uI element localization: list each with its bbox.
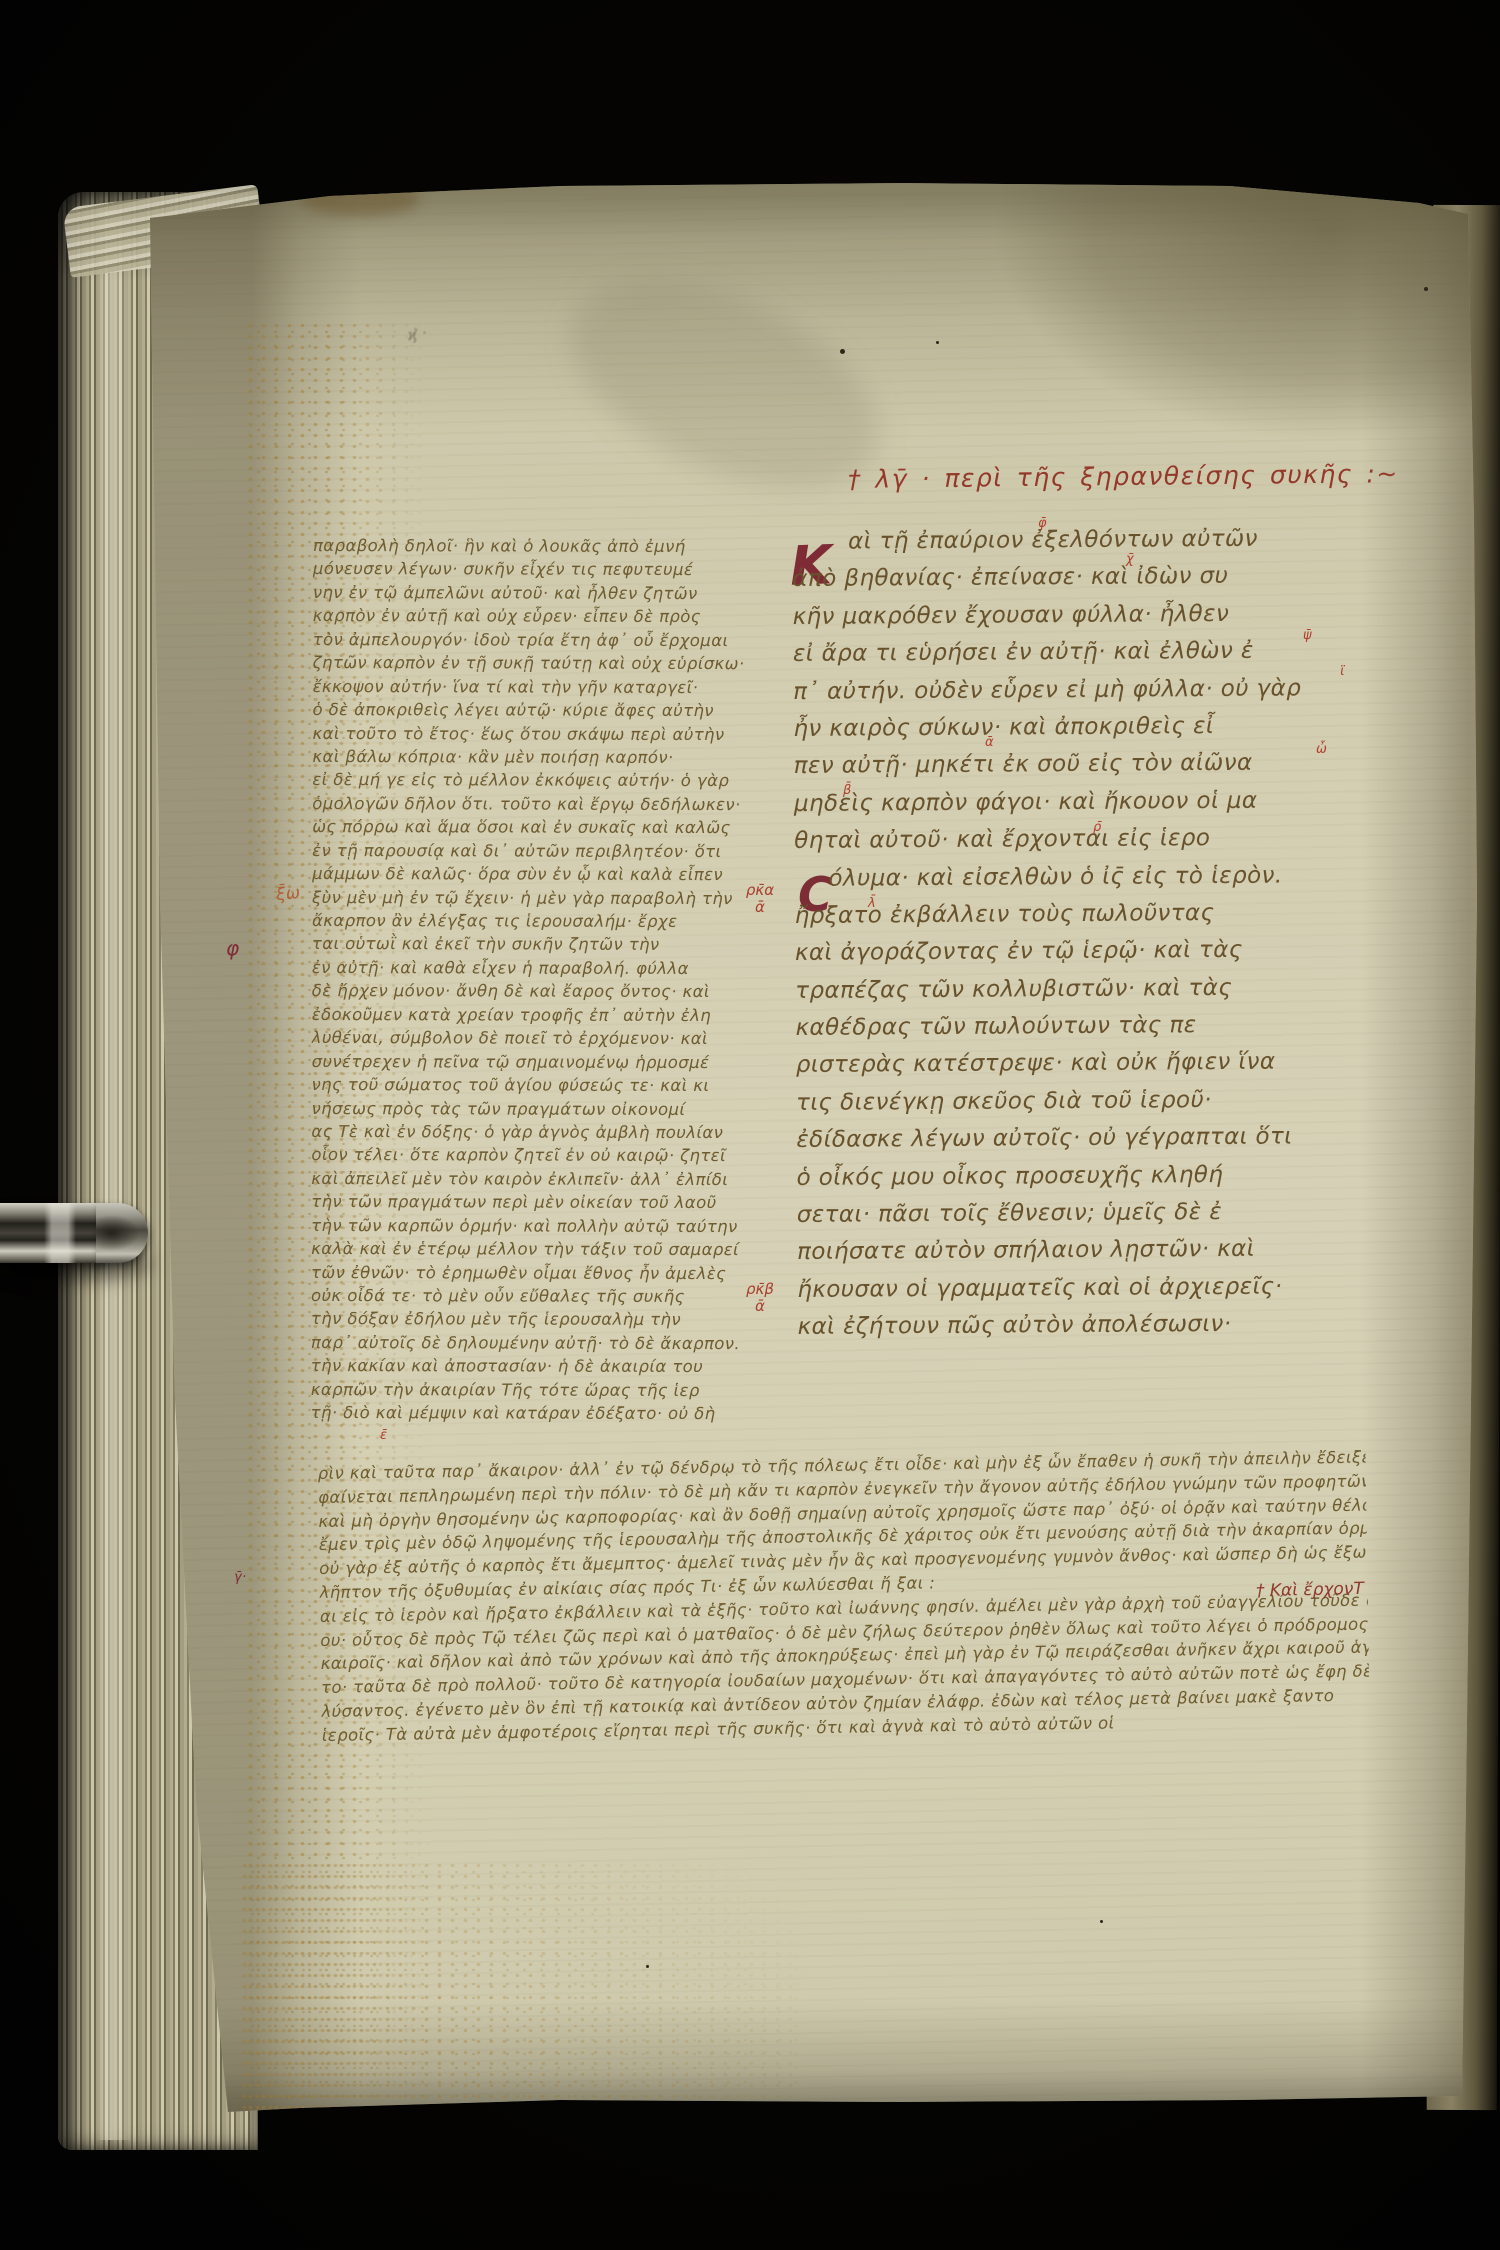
interlinear-mark: ρ̄ xyxy=(1093,820,1101,835)
commentary-line: ὁμολογῶν δῆλον ὅτι. τοῦτο καὶ ἔργῳ δεδήλ… xyxy=(312,792,786,817)
margin-mark-lower: γ̄· xyxy=(234,1570,247,1585)
gospel-text-line: σεται· πᾶσι τοῖς ἔθνεσιν; ὑμεῖς δὲ ἐ xyxy=(797,1193,1397,1235)
commentary-line: τὴν κακίαν καὶ ἀποστασίαν· ἡ δὲ ἀκαιρία … xyxy=(311,1354,785,1379)
gospel-text-line: καὶ ἀγοράζοντας ἐν τῷ ἱερῷ· καὶ τὰς xyxy=(795,931,1395,973)
gutter-highlight xyxy=(96,210,130,2140)
gospel-text-line: μηδεὶς καρπὸν φάγοι· καὶ ἤκουον οἱ μα xyxy=(794,782,1394,824)
gospel-text-line: τραπέζας τῶν κολλυβιστῶν· καὶ τὰς xyxy=(795,968,1395,1010)
commentary-line: ξὺν μὲν μὴ ἐν τῷ ἔχειν· ἡ μὲν γὰρ παραβο… xyxy=(312,886,786,911)
commentary-line: καρπὸν ἐν αὐτῇ καὶ οὐχ εὗρεν· εἶπεν δὲ π… xyxy=(313,604,787,629)
parchment-speckle-bottom xyxy=(238,1860,798,2110)
commentary-line: καὶ ἀπειλεῖ μὲν τὸν καιρὸν ἐκλιπεῖν· ἀλλ… xyxy=(311,1167,785,1192)
interlinear-mark: ϊ xyxy=(1340,664,1344,679)
interlinear-mark: ὦ xyxy=(1316,742,1327,757)
chapter-heading-rubric: † λγ̄ · περὶ τῆς ξηρανθείσης συκῆς :~ xyxy=(848,459,1399,494)
gospel-text-line: ἀπὸ βηθανίας· ἐπείνασε· καὶ ἰδὼν συ xyxy=(792,557,1392,599)
interlinear-mark: β̄ xyxy=(843,783,851,798)
ink-speck xyxy=(646,1965,649,1968)
ink-speck xyxy=(1424,287,1428,291)
interlinear-mark: λ̄ xyxy=(868,896,876,911)
commentary-line: δὲ ἤρχεν μόνον· ἄνθη δὲ καὶ ἔαρος ὄντος·… xyxy=(312,979,786,1004)
interlinear-mark: ψ̄ xyxy=(1303,628,1312,643)
commentary-line: μόνευσεν λέγων· συκῆν εἶχέν τις πεφυτευμ… xyxy=(313,557,787,582)
commentary-line: τὴν τῶν πραγμάτων περὶ μὲν οἰκείαν τοῦ λ… xyxy=(311,1190,785,1215)
commentary-line: τῶν ἐθνῶν· τὸ ἐρημωθὲν οἶμαι ἔθνος ἦν ἀμ… xyxy=(311,1261,785,1286)
commentary-line: παρ᾽ αὐτοῖς δὲ δηλουμένην αὐτῇ· τὸ δὲ ἄκ… xyxy=(311,1331,785,1356)
gospel-text-column: αὶ τῇ ἐπαύριον ἐξελθόντων αὐτῶνἀπὸ βηθαν… xyxy=(792,520,1398,1347)
gospel-text-line: ὁ οἶκός μου οἶκος προσευχῆς κληθή xyxy=(796,1155,1396,1197)
commentary-line: οὐκ οἶδά τε· τὸ μὲν οὖν εὔθαλες τῆς συκῆ… xyxy=(311,1284,785,1309)
margin-mark-clipped: φ xyxy=(226,936,240,960)
commentary-line: ζητῶν καρπὸν ἐν τῇ συκῇ ταύτῃ καὶ οὐχ εὑ… xyxy=(313,651,787,676)
commentary-column: παραβολὴ δηλοῖ· ἣν καὶ ὁ λουκᾶς ἀπὸ ἐμνή… xyxy=(311,534,787,1426)
ink-speck xyxy=(1100,1920,1103,1923)
gospel-text-line: πεν αὐτῇ· μηκέτι ἐκ σοῦ εἰς τὸν αἰῶνα xyxy=(794,744,1394,786)
commentary-line: μάμμων δὲ καλῶς· ὅρα σὺν ἐν ᾧ καὶ καλὰ ε… xyxy=(312,862,786,887)
gospel-text-line: ἐδίδασκε λέγων αὐτοῖς· οὐ γέγραπται ὅτι xyxy=(796,1118,1396,1160)
commentary-line: ται οὑτωῒ καὶ ἐκεῖ τὴν συκῆν ζητῶν τὴν xyxy=(312,932,786,957)
gospel-text-line: όλυμα· καὶ εἰσελθὼν ὁ ἰς̄ εἰς τὸ ἱερὸν. xyxy=(794,856,1394,898)
commentary-line: οἷον τέλει· ὅτε καρπὸν ζητεῖ ἐν οὐ καιρῷ… xyxy=(311,1143,785,1168)
commentary-line: εἰ δὲ μή γε εἰς τὸ μέλλον ἐκκόψεις αὐτήν… xyxy=(312,768,786,793)
commentary-line: λυθέναι, σύμβολον δὲ ποιεῖ τὸ ἐρχόμενον·… xyxy=(312,1026,786,1051)
commentary-line: ὁ δὲ ἀποκριθεὶς λέγει αὐτῷ· κύριε ἄφες α… xyxy=(313,698,787,723)
commentary-line: ἄκαρπον ἂν ἐλέγξας τις ἱερουσαλήμ· ἔρχε xyxy=(312,909,786,934)
commentary-line: ἔκκοψον αὐτήν· ἵνα τί καὶ τὴν γῆν καταργ… xyxy=(313,675,787,700)
gospel-text-line: ἤκουσαν οἱ γραμματεῖς καὶ οἱ ἀρχιερεῖς· xyxy=(797,1268,1397,1310)
commentary-line: νην ἐν τῷ ἀμπελῶνι αὐτοῦ· καὶ ἦλθεν ζητῶ… xyxy=(313,581,787,606)
gospel-text-line: ριστερὰς κατέστρεψε· καὶ οὐκ ἤφιεν ἵνα xyxy=(796,1043,1396,1085)
gospel-text-line: καὶ ἐζήτουν πῶς αὐτὸν ἀπολέσωσιν· xyxy=(797,1305,1397,1347)
gospel-text-line: π᾽ αὐτήν. οὐδὲν εὗρεν εἰ μὴ φύλλα· οὐ γὰ… xyxy=(793,669,1393,711)
interlinear-mark: ᾱ xyxy=(985,735,994,750)
commentary-line: ἐν τῇ παρουσίᾳ καὶ δι᾽ αὐτῶν περιβλητέον… xyxy=(312,839,786,864)
gospel-text-line: αὶ τῇ ἐπαύριον ἐξελθόντων αὐτῶν xyxy=(792,520,1392,562)
commentary-line: ὡς πόρρω καὶ ἅμα ὅσοι καὶ ἐν συκαῖς καὶ … xyxy=(312,815,786,840)
inline-lemma-rubric: † Καὶ ἔρχονΤ xyxy=(1256,1579,1364,1601)
gospel-text-line: ἤρξατο ἐκβάλλειν τοὺς πωλοῦντας xyxy=(795,894,1395,936)
commentary-line: νήσεως πρὸς τὰς τῶν πραγμάτων οἰκονομί xyxy=(311,1096,785,1121)
commentary-line: ας Τὲ καὶ ἐν δόξης· ὁ γὰρ ἁγνὸς ἀμβλὴ πο… xyxy=(311,1120,785,1145)
gospel-text-line: καθέδρας τῶν πωλούντων τὰς πε xyxy=(795,1006,1395,1048)
interlinear-mark: φ̄ xyxy=(1038,516,1047,531)
gospel-text-line: ποιήσατε αὐτὸν σπήλαιον λῃστῶν· καὶ xyxy=(797,1230,1397,1272)
commentary-line: τὴν δόξαν ἐδήλου μὲν τῆς ἱερουσαλὴμ τὴν xyxy=(311,1307,785,1332)
top-edge-stain xyxy=(300,182,420,216)
ink-speck xyxy=(840,349,845,354)
commentary-line: συνέτρεχεν ἡ πεῖνα τῷ σημαινομένῳ ἡρμοσμ… xyxy=(312,1050,786,1075)
commentary-line: τὴν τῶν καρπῶν ὁρμήν· καὶ πολλὴν αὐτῷ τα… xyxy=(311,1214,785,1239)
commentary-line: τὸν ἀμπελουργόν· ἰδοὺ τρία ἔτη ἀφ᾽ οὗ ἔρ… xyxy=(313,628,787,653)
commentary-line: καὶ βάλω κόπρια· κἂν μὲν ποιήσῃ καρπόν· xyxy=(312,745,786,770)
ink-speck xyxy=(936,341,939,344)
commentary-line: καλὰ καὶ ἐν ἑτέρῳ μέλλον τὴν τάξιν τοῦ σ… xyxy=(311,1237,785,1262)
commentary-line: τῇ· διὸ καὶ μέμψιν καὶ κατάραν ἐδέξατο· … xyxy=(311,1401,785,1426)
commentary-line: ἐδοκοῦμεν κατὰ χρείαν τροφῆς ἐπ᾽ αὐτὴν ἐ… xyxy=(312,1003,786,1028)
gospel-text-line: ἦν καιρὸς σύκων· καὶ ἀποκριθεὶς εἶ xyxy=(793,707,1393,749)
interlinear-mark: χ̄ xyxy=(1126,552,1134,567)
bottom-commentary-block: ρὶν καὶ ταῦτα παρ᾽ ἄκαιρον· ἀλλ᾽ ἐν τῷ δ… xyxy=(318,1446,1370,1748)
gospel-text-line: τις διενέγκῃ σκεῦος διὰ τοῦ ἱεροῦ· xyxy=(796,1081,1396,1123)
commentary-line: ἐν αὐτῇ· καὶ καθὰ εἶχεν ἡ παραβολή. φύλλ… xyxy=(312,956,786,981)
commentary-line: καρπῶν τὴν ἀκαιρίαν Τῆς τότε ὥρας τῆς ἱε… xyxy=(311,1378,785,1403)
margin-abbreviation-mark: ξ̄ω xyxy=(275,883,301,905)
commentary-line: νης τοῦ σώματος τοῦ ἁγίου φύσεώς τε· καὶ… xyxy=(312,1073,786,1098)
commentary-line: παραβολὴ δηλοῖ· ἣν καὶ ὁ λουκᾶς ἀπὸ ἐμνή xyxy=(313,534,787,559)
commentary-line: καὶ τοῦτο τὸ ἔτος· ἕως ὅτου σκάψω περὶ α… xyxy=(312,721,786,746)
acrylic-page-weight-rod[interactable] xyxy=(0,1203,104,1263)
manuscript-photo: ϗ͛ · † λγ̄ · περὶ τῆς ξηρανθείσης συκῆς … xyxy=(0,0,1500,2250)
parchment-page: ϗ͛ · † λγ̄ · περὶ τῆς ξηρανθείσης συκῆς … xyxy=(0,0,1500,2250)
ink-offset-smudge: ϗ͛ · xyxy=(407,324,429,344)
interlinear-mark: ε̄ xyxy=(380,1428,387,1443)
